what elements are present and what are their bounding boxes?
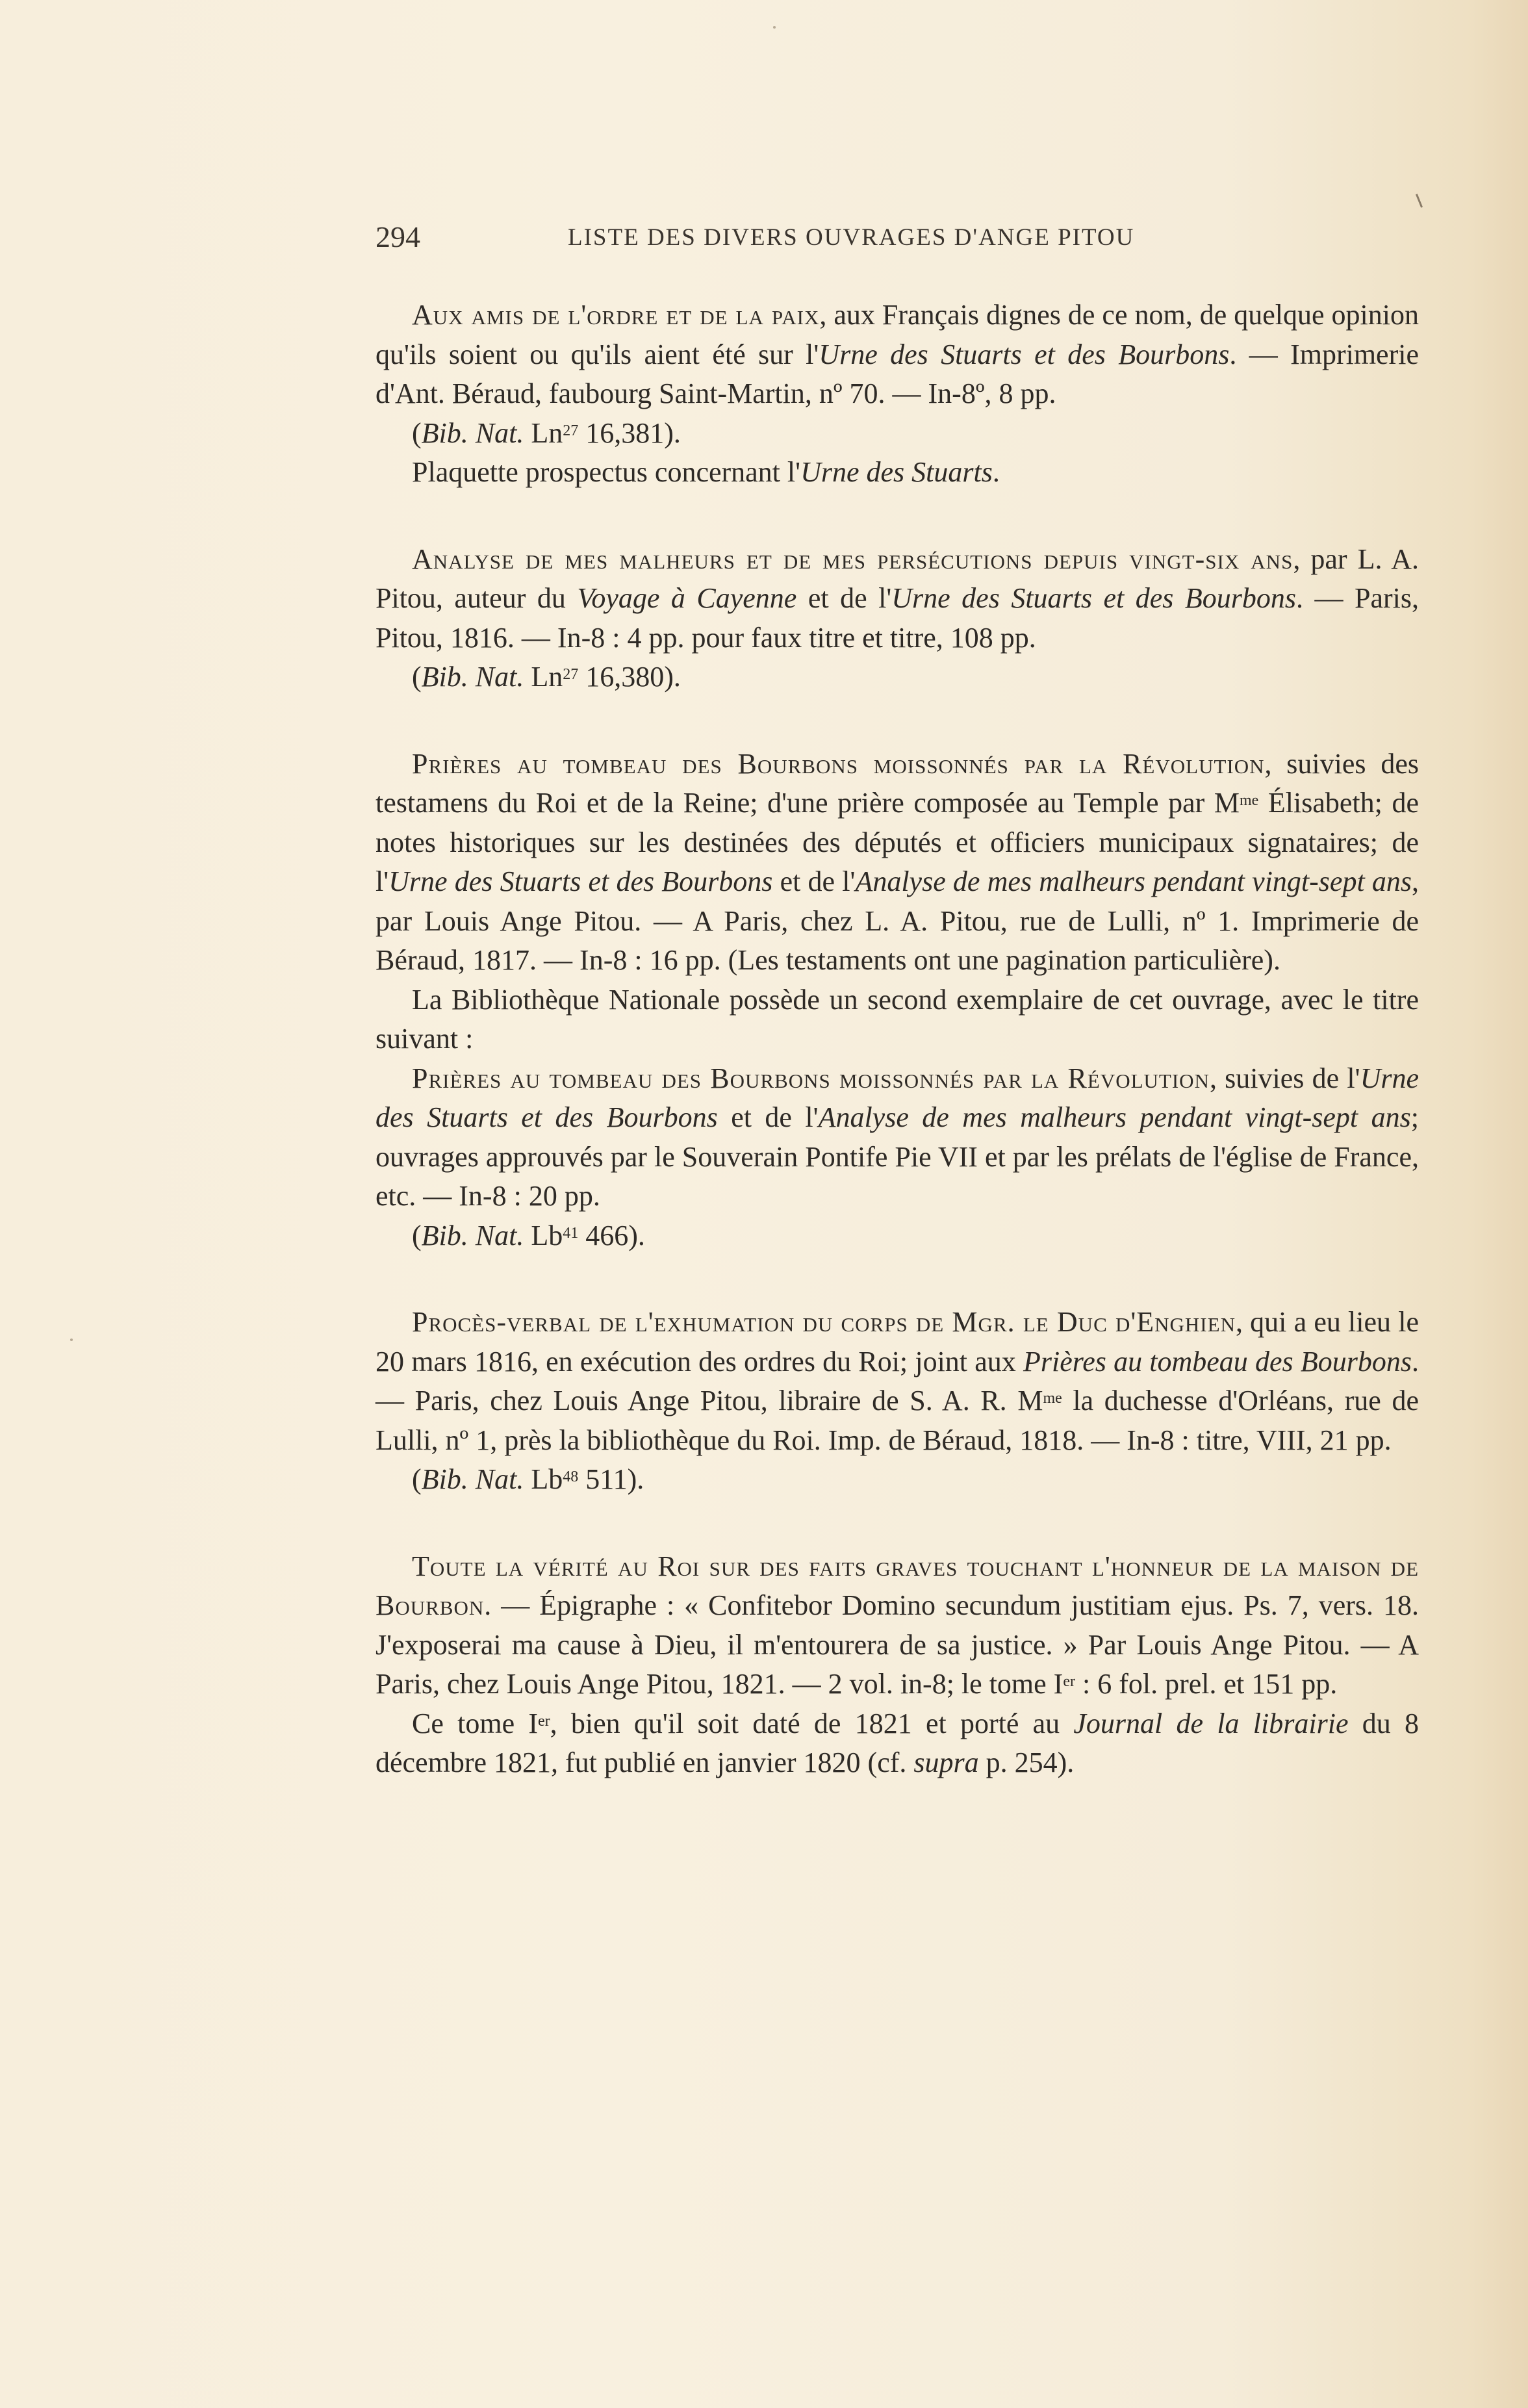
work-title: Prières au tombeau des Bourbons	[1023, 1346, 1412, 1377]
entry-alt-title: Prières au tombeau des Bourbons moissonn…	[376, 1059, 1419, 1216]
running-head: 294 LISTE DES DIVERS OUVRAGES D'ANGE PIT…	[376, 220, 1419, 259]
page-number: 294	[376, 220, 420, 254]
entry-title: Prières au tombeau des Bourbons moissonn…	[412, 748, 1265, 780]
entry-note: La Bibliothèque Nationale possède un sec…	[376, 980, 1419, 1059]
entry-description: Prières au tombeau des Bourbons moissonn…	[376, 745, 1419, 980]
bibliography-entries: Aux amis de l'ordre et de la paix, aux F…	[376, 296, 1419, 1830]
bibliography-entry: Prières au tombeau des Bourbons moissonn…	[376, 745, 1419, 1256]
bibliography-entry: Procès-verbal de l'exhumation du corps d…	[376, 1303, 1419, 1500]
work-title: Urne des Stuarts et des Bourbons	[891, 582, 1296, 614]
library-citation: (Bib. Nat. Lb48 511).	[376, 1460, 1419, 1500]
work-title: Urne des Stuarts et des Bourbons	[388, 865, 772, 897]
library-citation: (Bib. Nat. Ln27 16,381).	[376, 414, 1419, 454]
bibliography-entry: Toute la vérité au Roi sur des faits gra…	[376, 1547, 1419, 1783]
entry-title: Prières au tombeau des Bourbons moissonn…	[412, 1062, 1210, 1094]
entry-note: Ce tome Ier, bien qu'il soit daté de 182…	[376, 1704, 1419, 1783]
entry-description: Analyse de mes malheurs et de mes perséc…	[376, 540, 1419, 658]
entry-title: Aux amis de l'ordre et de la paix	[412, 299, 819, 331]
entry-description: Toute la vérité au Roi sur des faits gra…	[376, 1547, 1419, 1704]
library-citation: (Bib. Nat. Ln27 16,380).	[376, 658, 1419, 697]
library-citation: (Bib. Nat. Lb41 466).	[376, 1216, 1419, 1256]
paper-speck	[773, 26, 776, 29]
work-title: Analyse de mes malheurs pendant vingt-se…	[819, 1101, 1411, 1133]
running-title: LISTE DES DIVERS OUVRAGES D'ANGE PITOU	[568, 224, 1134, 251]
entry-note: Plaquette prospectus concernant l'Urne d…	[376, 453, 1419, 493]
stray-pen-mark	[1416, 194, 1423, 208]
work-title: Voyage à Cayenne	[577, 582, 796, 614]
paper-speck	[70, 1338, 73, 1341]
entry-description: Procès-verbal de l'exhumation du corps d…	[376, 1303, 1419, 1460]
entry-title: Analyse de mes malheurs et de mes perséc…	[412, 543, 1293, 575]
entry-title: Procès-verbal de l'exhumation du corps d…	[412, 1306, 1236, 1338]
bibliography-entry: Analyse de mes malheurs et de mes perséc…	[376, 540, 1419, 697]
bibliography-entry: Aux amis de l'ordre et de la paix, aux F…	[376, 296, 1419, 493]
work-title: Journal de la librairie	[1073, 1708, 1348, 1739]
work-title: Urne des Stuarts et des Bourbons	[819, 339, 1229, 370]
entry-description: Aux amis de l'ordre et de la paix, aux F…	[376, 296, 1419, 414]
work-title: Analyse de mes malheurs pendant vingt-se…	[855, 865, 1412, 897]
